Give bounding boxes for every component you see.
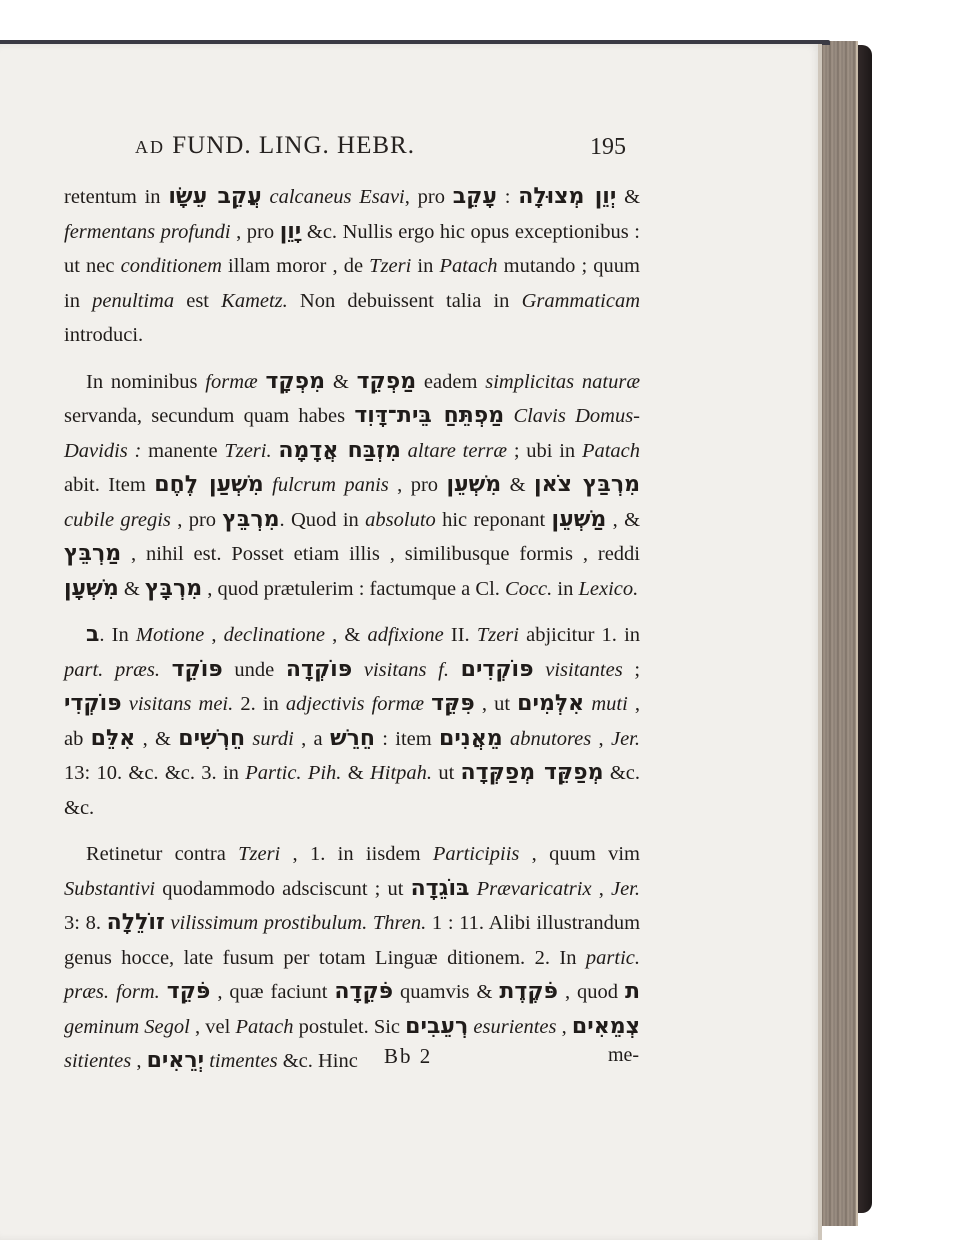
running-head-prefix: AD [135,137,165,157]
hebrew-word: יְוֵן מְצוּלָה [518,184,616,209]
italic-text: penultima [92,290,174,312]
hebrew-word: חֵרֵשׁ [330,726,375,751]
italic-text: declinatione [224,624,325,646]
hebrew-word: מִפְקָד [265,369,325,394]
hebrew-word: מִרְבַּץ צֹאן [534,472,640,497]
paragraph-2: In nominibus formæ מִפְקָד & מַפְקֵד ead… [64,365,640,607]
italic-text: Cocc. [505,578,552,600]
hebrew-word: פֹּקֵדָה [334,979,393,1004]
hebrew-word: פּוֹקֵד [172,657,223,682]
italic-text: Jer. [611,878,640,900]
italic-text: Patach [439,255,497,277]
italic-text: fermentans profundi [64,221,231,243]
hebrew-word: עֲקֵב עֵשָׂו [168,184,261,209]
italic-text: formæ [205,371,257,393]
italic-text: timentes [209,1050,277,1072]
italic-text: Motione [136,624,204,646]
italic-text: geminum Segol [64,1016,190,1038]
hebrew-word: פּוֹקְדִים [461,657,534,682]
hebrew-word: פֹּקֶדֶת [499,979,558,1004]
italic-text: calcaneus Esavi [269,186,404,208]
italic-text: Participiis [433,843,520,865]
hebrew-word: מַשְׁעֵן [552,507,607,532]
italic-text: visitantes [545,659,622,681]
paragraph-3: ב. In Motione , declinatione , & adfixio… [64,618,640,825]
hebrew-word: מִזְבַּח אֲדָמָה [278,438,401,463]
hebrew-word: יָוֵן [280,219,302,244]
hebrew-word: חֵרְשִׁים [178,726,245,751]
running-head-title: FUND. LING. HEBR. [172,132,415,159]
italic-text: simplicitas naturæ [485,371,640,393]
hebrew-word: רְעֵבִים [405,1014,468,1039]
italic-text: muti [591,693,627,715]
italic-text: Substantivi [64,878,155,900]
hebrew-word: מִשְׁעָן [64,576,119,601]
body-text: retentum in עֲקֵב עֵשָׂו calcaneus Esavi… [64,180,640,1079]
hebrew-word: מִשְׁעֵן [446,472,501,497]
italic-text: sitientes [64,1050,131,1072]
hebrew-word: מִרְבָּץ [145,576,202,601]
hebrew-word: פִּקֵּד [431,691,475,716]
hebrew-word: מַפְקֵד [357,369,417,394]
italic-text: altare terræ [408,440,507,462]
italic-text: adfixione [367,624,443,646]
italic-text: conditionem [121,255,222,277]
hebrew-word: פּוֹקְדָה [286,657,352,682]
book-page: AD FUND. LING. HEBR. 195 retentum in עֲק… [0,44,822,1240]
hebrew-word: ב [86,622,99,647]
hebrew-word: מִשְׁעַן לֶחֶם [154,472,263,497]
italic-text: visitans mei. [129,693,233,715]
hebrew-word: פֹּקֵד [167,979,211,1004]
running-head: AD FUND. LING. HEBR. [135,132,635,160]
italic-text: Grammaticam [522,290,640,312]
italic-text: part. præs. [64,659,160,681]
hebrew-word: צְמֵאִים [572,1014,640,1039]
hebrew-word: מִרְבֵּץ [222,507,279,532]
catchword: me- [608,1044,639,1067]
italic-text: absoluto [365,509,436,531]
hebrew-word: בּוֹגֵדָה [411,876,470,901]
hebrew-word: מְפַקֵּד מְפַקְּדָה [461,760,604,785]
book: AD FUND. LING. HEBR. 195 retentum in עֲק… [0,40,955,1245]
italic-text: Hitpah. [370,762,432,784]
paragraph-4: Retinetur contra Tzeri , 1. in iisdem Pa… [64,837,640,1079]
hebrew-word: אִלֵּם [91,726,136,751]
hebrew-word: מַרְבֵּץ [64,541,121,566]
italic-text: fulcrum panis [272,474,389,496]
hebrew-word: מַפְתֵּחַ בֵּית־דָּוִד [354,403,504,428]
italic-text: abnutores [510,728,591,750]
signature-mark: Bb 2 [384,1044,432,1069]
italic-text: Jer. [611,728,640,750]
italic-text: Tzeri [477,624,519,646]
page-number: 195 [590,134,626,161]
hebrew-word: אִלְּמִים [517,691,584,716]
italic-text: adjectivis formæ [286,693,424,715]
italic-text: Patach [235,1016,293,1038]
paragraph-1: retentum in עֲקֵב עֵשָׂו calcaneus Esavi… [64,180,640,353]
italic-text: cubile gregis [64,509,171,531]
italic-text: Patach [582,440,640,462]
italic-text: esurientes [473,1016,556,1038]
italic-text: Prævaricatrix [477,878,592,900]
italic-text: Tzeri [238,843,280,865]
italic-text: visitans f. [364,659,449,681]
hebrew-word: פּוֹקְדִי [64,691,122,716]
hebrew-word: זוֹלֵלָה [107,910,165,935]
italic-text: Tzeri [369,255,411,277]
page-fore-edge [818,41,858,1226]
hebrew-word: ת [625,979,640,1004]
hebrew-word: מֵאֲנִים [439,726,503,751]
italic-text: Partic. Pih. [245,762,341,784]
italic-text: Kametz. [221,290,288,312]
italic-text: Lexico. [578,578,638,600]
hebrew-word: יְרֵאִים [147,1048,205,1073]
italic-text: Tzeri. [224,440,271,462]
italic-text: surdi [252,728,293,750]
italic-text: vilissimum prostibulum. Thren. [170,912,426,934]
hebrew-word: עָקֵב [453,184,497,209]
